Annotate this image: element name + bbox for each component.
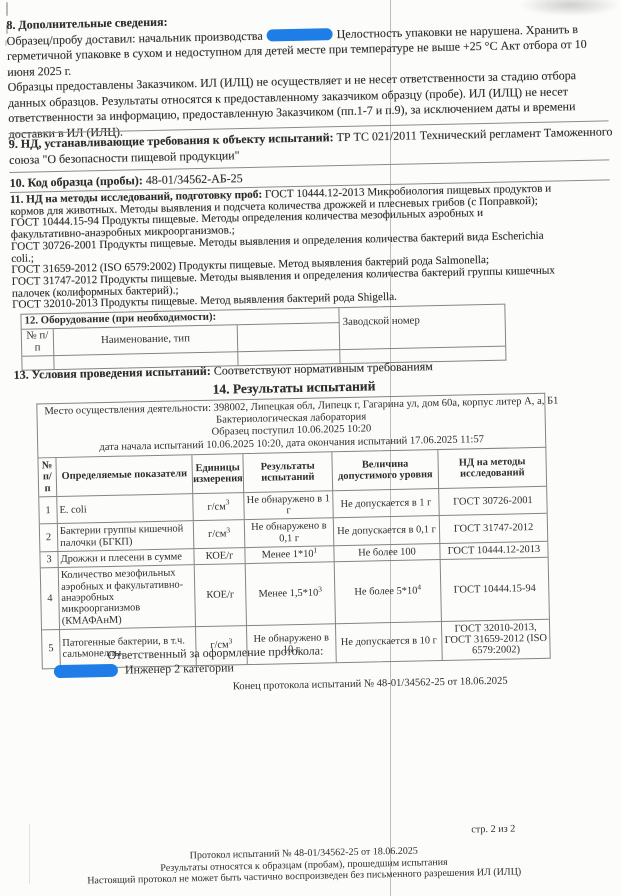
- equipment-col-header-name: Наименование, тип: [54, 325, 239, 356]
- redaction-mark: [267, 28, 333, 41]
- limit-cell: Не более 5*104: [335, 560, 442, 624]
- row-num: 2: [40, 525, 59, 553]
- equipment-col-header-num: № п/п: [22, 329, 55, 357]
- unit-cell: г/см3: [193, 493, 245, 522]
- results-header-result: Результаты испытаний: [243, 452, 333, 493]
- redaction-mark: [54, 664, 118, 678]
- results-header-indicator: Определяемые показатели: [56, 455, 193, 497]
- results-header-method: НД на методы исследований: [438, 448, 546, 489]
- section-13-title: 13. Условия проведения испытаний:: [14, 364, 211, 382]
- section-10-title: 10. Код образца (пробы):: [10, 173, 143, 190]
- section-11: 11. НД на методы исследований, подготовк…: [10, 179, 612, 312]
- row-num: 5: [42, 630, 61, 668]
- limit-cell: Не допускается в 0,1 г: [334, 517, 441, 547]
- result-cell: Менее 1,5*103: [246, 563, 336, 626]
- result-cell: Не обнаружено в 0,1 г: [245, 519, 335, 548]
- results-header-unit: Единицы измерения: [192, 454, 244, 494]
- row-num: 3: [40, 552, 58, 569]
- results-header-num: № п/п: [38, 458, 57, 497]
- indicator-cell: Бактерии группы кишечной палочки (БГКП): [58, 522, 195, 552]
- row-num: 1: [39, 497, 58, 525]
- signature-role: Инженер 2 категории: [125, 660, 234, 676]
- unit-cell: КОЕ/г: [195, 564, 247, 627]
- unit-cell: КОЕ/г: [194, 548, 245, 565]
- result-cell: Менее 1*101: [245, 546, 334, 564]
- unit-cell: г/см3: [194, 521, 246, 550]
- equipment-col-header-serial: Заводской номер: [339, 305, 505, 350]
- result-cell: Не обнаружено в 1 г: [244, 491, 334, 520]
- results-table: № п/п Определяемые показатели Единицы из…: [37, 447, 550, 669]
- page-number: стр. 2 из 2: [23, 824, 515, 845]
- indicator-cell: Количество мезофильных аэробных и факуль…: [59, 566, 196, 630]
- row-num: 4: [41, 568, 60, 630]
- results-header-limit: Величина допустимого уровня: [332, 450, 439, 491]
- scanned-protocol-page: 8. Дополнительные сведения: Образец/проб…: [0, 0, 621, 896]
- document-content: 8. Дополнительные сведения: Образец/проб…: [6, 0, 621, 888]
- sample-code: 48-01/34562-АБ-25: [146, 171, 243, 187]
- method-cell: ГОСТ 31747-2012: [440, 514, 548, 544]
- limit-cell: Не допускается в 1 г: [333, 489, 440, 519]
- equipment-col-header-empty: [238, 323, 341, 352]
- indicator-cell: E. coli: [57, 494, 194, 524]
- method-cell: ГОСТ 30726-2001: [439, 487, 547, 517]
- method-cell: ГОСТ 10444.15-94: [441, 558, 549, 622]
- page-footer: Протокол испытаний № 48-01/34562-25 от 1…: [24, 841, 621, 888]
